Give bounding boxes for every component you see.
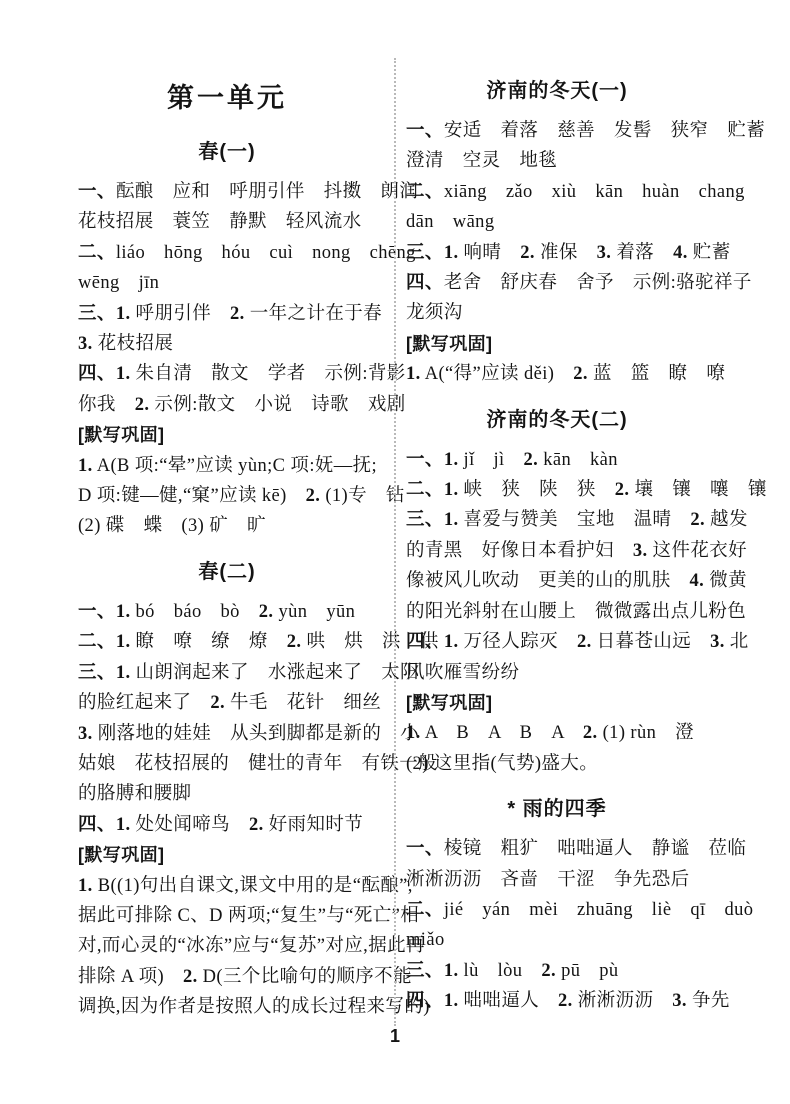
answer-line: 四、1. 处处闻啼鸟 2. 好雨知时节 bbox=[78, 810, 376, 840]
answer-line: wēng jīn bbox=[78, 268, 376, 298]
column-right: 济南的冬天(一)一、安适 着落 慈善 发髻 狭窄 贮蓄澄清 空灵 地毯二、xiā… bbox=[406, 74, 708, 1017]
answer-line: 对,而心灵的“冰冻”应与“复苏”对应,据此再 bbox=[78, 931, 376, 961]
answer-line: 二、1. 瞭 嘹 缭 燎 2. 哄 烘 洪 供 bbox=[78, 627, 376, 657]
answer-line: 一、1. jǐ jì 2. kān kàn bbox=[406, 445, 708, 475]
column-left: 第一单元春(一)一、酝酿 应和 呼朋引伴 抖擞 朗润花枝招展 蓑笠 静默 轻风流… bbox=[78, 74, 376, 1023]
answer-line: 一、棱镜 粗犷 咄咄逼人 静谧 莅临 bbox=[406, 834, 708, 864]
answer-line: dān wāng bbox=[406, 207, 708, 237]
answer-line: 四、1. 朱自清 散文 学者 示例:背影 bbox=[78, 359, 376, 389]
answer-line: 的脸红起来了 2. 牛毛 花针 细丝 bbox=[78, 688, 376, 718]
answer-line: 1. A(B 项:“晕”应读 yùn;C 项:妩—抚; bbox=[78, 451, 376, 481]
answer-line: 1. A B A B A 2. (1) rùn 澄 bbox=[406, 718, 708, 748]
section-title: * 雨的四季 bbox=[406, 792, 708, 821]
answer-line: 四、老舍 舒庆春 舍予 示例:骆驼祥子 bbox=[406, 268, 708, 298]
column-divider bbox=[394, 58, 396, 1026]
answer-line: 据此可排除 C、D 两项;“复生”与“死亡”相 bbox=[78, 901, 376, 931]
answer-line: 的胳膊和腰脚 bbox=[78, 779, 376, 809]
unit-title: 第一单元 bbox=[78, 76, 376, 115]
answer-line: 1. A(“得”应读 děi) 2. 蓝 篮 瞭 嘹 bbox=[406, 359, 708, 389]
answer-line: miǎo bbox=[406, 925, 708, 955]
answer-line: 二、liáo hōng hóu cuì nong chēng bbox=[78, 238, 376, 268]
answer-line: D 项:键—健,“窠”应读 kē) 2. (1)专 钻 bbox=[78, 481, 376, 511]
answer-line: 三、1. 响晴 2. 准保 3. 着落 4. 贮蓄 bbox=[406, 238, 708, 268]
answer-line: 三、1. 山朗润起来了 水涨起来了 太阳 bbox=[78, 658, 376, 688]
section-title: 春(二) bbox=[78, 555, 376, 584]
answer-line: 的阳光斜射在山腰上 微微露出点儿粉色 bbox=[406, 597, 708, 627]
answer-line: 一、安适 着落 慈善 发髻 狭窄 贮蓄 bbox=[406, 116, 708, 146]
answer-line: 三、1. 喜爱与赞美 宝地 温晴 2. 越发 bbox=[406, 505, 708, 535]
answer-line: 排除 A 项) 2. D(三个比喻句的顺序不能 bbox=[78, 962, 376, 992]
answer-line: 二、xiāng zǎo xiù kān huàn chang bbox=[406, 177, 708, 207]
answer-line: 像被风儿吹动 更美的山的肌肤 4. 微黄 bbox=[406, 566, 708, 596]
answer-line: 姑娘 花枝招展的 健壮的青年 有铁一般 bbox=[78, 749, 376, 779]
section-title: 春(一) bbox=[78, 135, 376, 164]
answer-line: 1. B((1)句出自课文,课文中用的是“酝酿”, bbox=[78, 871, 376, 901]
page-number: 1 bbox=[0, 1026, 790, 1047]
answer-line: (2) 这里指(气势)盛大。 bbox=[406, 749, 708, 779]
answer-line: 淅淅沥沥 吝啬 干涩 争先恐后 bbox=[406, 865, 708, 895]
answer-line: 你我 2. 示例:散文 小说 诗歌 戏剧 bbox=[78, 390, 376, 420]
answer-line: 龙须沟 bbox=[406, 298, 708, 328]
answer-line: 花枝招展 蓑笠 静默 轻风流水 bbox=[78, 207, 376, 237]
answer-line: 的青黑 好像日本看护妇 3. 这件花衣好 bbox=[406, 536, 708, 566]
answer-line: [默写巩固] bbox=[406, 329, 708, 359]
answer-line: 一、酝酿 应和 呼朋引伴 抖擞 朗润 bbox=[78, 177, 376, 207]
answer-line: [默写巩固] bbox=[78, 420, 376, 450]
answer-line: 澄清 空灵 地毯 bbox=[406, 146, 708, 176]
section-title: 济南的冬天(二) bbox=[406, 403, 708, 432]
answer-line: [默写巩固] bbox=[78, 840, 376, 870]
answer-line: 三、1. lù lòu 2. pū pù bbox=[406, 956, 708, 986]
answer-line: (2) 碟 蝶 (3) 矿 旷 bbox=[78, 511, 376, 541]
answer-line: 三、1. 呼朋引伴 2. 一年之计在于春 bbox=[78, 299, 376, 329]
section-title: 济南的冬天(一) bbox=[406, 74, 708, 103]
answer-line: 四、1. 万径人踪灭 2. 日暮苍山远 3. 北 bbox=[406, 627, 708, 657]
answer-line: 3. 刚落地的娃娃 从头到脚都是新的 小 bbox=[78, 719, 376, 749]
answer-line: 二、jié yán mèi zhuāng liè qī duò bbox=[406, 895, 708, 925]
answer-key-page: 第一单元春(一)一、酝酿 应和 呼朋引伴 抖擞 朗润花枝招展 蓑笠 静默 轻风流… bbox=[0, 0, 790, 1104]
answer-line: 二、1. 峡 狭 陕 狭 2. 壤 镶 嚷 镶 bbox=[406, 475, 708, 505]
answer-line: 3. 花枝招展 bbox=[78, 329, 376, 359]
answer-line: 一、1. bó báo bò 2. yùn yūn bbox=[78, 597, 376, 627]
answer-line: 调换,因为作者是按照人的成长过程来写的) bbox=[78, 992, 376, 1022]
answer-line: 风吹雁雪纷纷 bbox=[406, 658, 708, 688]
answer-line: [默写巩固] bbox=[406, 688, 708, 718]
answer-line: 四、1. 咄咄逼人 2. 淅淅沥沥 3. 争先 bbox=[406, 986, 708, 1016]
